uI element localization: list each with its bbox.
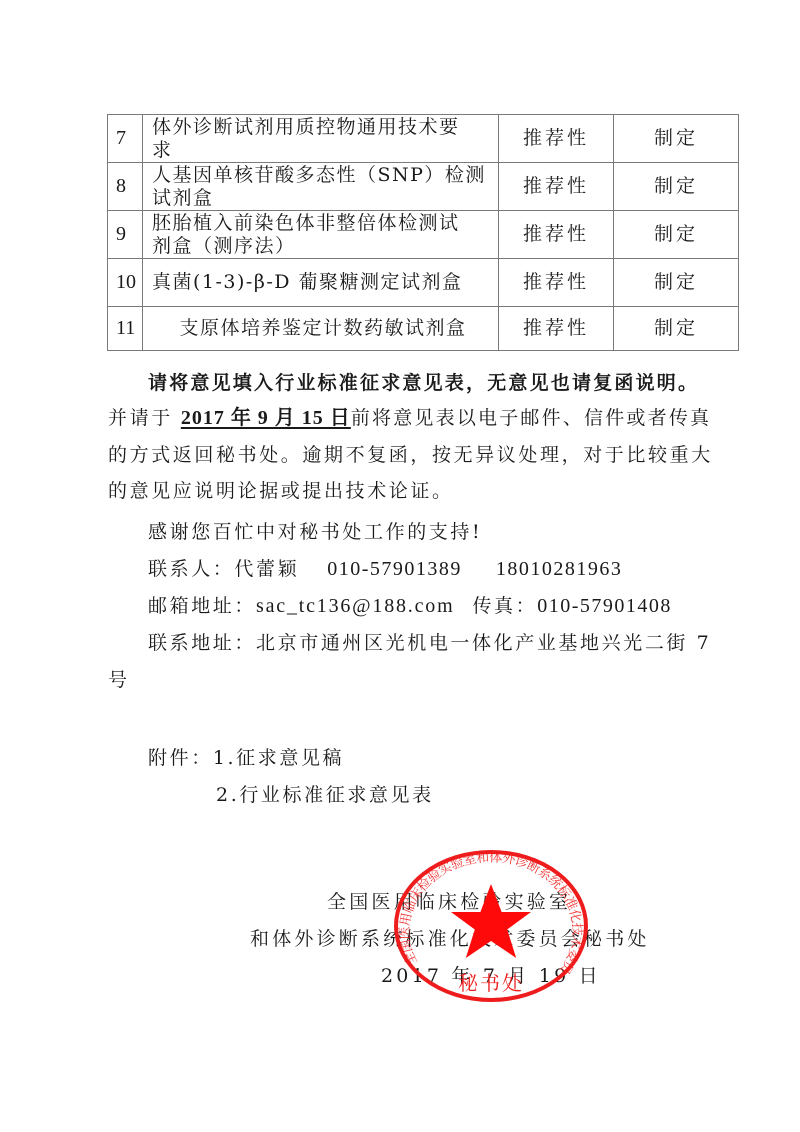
contact-name: 代蕾颖 — [234, 558, 299, 580]
standard-name: 真菌(1-3)-β-D 葡聚糖测定试剂盒 — [143, 259, 499, 307]
table-row: 7 体外诊断试剂用质控物通用技术要 求 推荐性 制定 — [108, 115, 739, 163]
row-number: 9 — [108, 211, 143, 259]
row-number: 7 — [108, 115, 143, 163]
request-instruction: 请将意见填入行业标准征求意见表，无意见也请复函说明。 — [148, 371, 699, 395]
email-label: 邮箱地址： — [148, 595, 256, 617]
standard-name: 体外诊断试剂用质控物通用技术要 求 — [143, 115, 499, 163]
deadline-suffix: 前将意见表以电子邮件、信件或者传真 — [351, 407, 711, 429]
standard-name-line: 试剂盒 — [152, 187, 494, 210]
standard-name-line: 剂盒（测序法） — [152, 235, 494, 258]
address-text: 北京市通州区光机电一体化产业基地兴光二街 7 — [256, 632, 711, 654]
thanks-line: 感谢您百忙中对秘书处工作的支持! — [148, 520, 482, 544]
standard-type: 推荐性 — [499, 259, 614, 307]
attachment-line: 附件：1.征求意见稿 — [148, 746, 344, 770]
address-line: 联系地址：北京市通州区光机电一体化产业基地兴光二街 7 — [148, 631, 711, 655]
standard-type: 推荐性 — [499, 163, 614, 211]
row-number: 10 — [108, 259, 143, 307]
contact-label: 联系人： — [148, 558, 234, 580]
document-page: 7 体外诊断试剂用质控物通用技术要 求 推荐性 制定 8 人基因单核苷酸多态性（… — [0, 0, 800, 1132]
standard-type: 推荐性 — [499, 115, 614, 163]
standard-name: 胚胎植入前染色体非整倍体检测试 剂盒（测序法） — [143, 211, 499, 259]
standard-name: 支原体培养鉴定计数药敏试剂盒 — [143, 307, 499, 351]
signature-date: 2017 年 7 月 19 日 — [381, 961, 601, 988]
standard-name: 人基因单核苷酸多态性（SNP）检测 试剂盒 — [143, 163, 499, 211]
signature-org-line2: 和体外诊断系统标准化技术委员会秘书处 — [250, 924, 650, 951]
attachment-item: 2.行业标准征求意见表 — [216, 783, 434, 807]
address-line-continued: 号 — [108, 668, 130, 692]
standard-action: 制定 — [614, 115, 739, 163]
standard-name-line: 人基因单核苷酸多态性（SNP）检测 — [152, 164, 494, 187]
fax-label: 传真： — [472, 595, 537, 617]
contact-phone: 010-57901389 — [327, 558, 462, 580]
standard-name-line: 胚胎植入前染色体非整倍体检测试 — [152, 212, 494, 235]
body-line: 的方式返回秘书处。逾期不复函，按无异议处理，对于比较重大 — [108, 443, 713, 467]
email-line: 邮箱地址：sac_tc136@188.com传真：010-57901408 — [148, 594, 672, 618]
deadline-line: 并请于2017 年 9 月 15 日前将意见表以电子邮件、信件或者传真 — [108, 406, 711, 430]
row-number: 11 — [108, 307, 143, 351]
table-row: 9 胚胎植入前染色体非整倍体检测试 剂盒（测序法） 推荐性 制定 — [108, 211, 739, 259]
deadline-date: 2017 年 9 月 15 日 — [181, 407, 351, 429]
table-row: 10 真菌(1-3)-β-D 葡聚糖测定试剂盒 推荐性 制定 — [108, 259, 739, 307]
standard-type: 推荐性 — [499, 211, 614, 259]
deadline-prefix: 并请于 — [108, 407, 173, 429]
row-number: 8 — [108, 163, 143, 211]
body-line: 的意见应说明论据或提出技术论证。 — [108, 479, 454, 503]
contact-line: 联系人：代蕾颖010-5790138918010281963 — [148, 557, 622, 581]
attachments-label: 附件： — [148, 747, 213, 769]
contact-mobile: 18010281963 — [496, 558, 623, 580]
standard-action: 制定 — [614, 163, 739, 211]
signature-org-line1: 全国医用临床检验实验室 — [327, 887, 571, 914]
table-row: 8 人基因单核苷酸多态性（SNP）检测 试剂盒 推荐性 制定 — [108, 163, 739, 211]
standard-name-line: 求 — [152, 139, 494, 162]
standard-type: 推荐性 — [499, 307, 614, 351]
address-label: 联系地址： — [148, 632, 256, 654]
standards-table: 7 体外诊断试剂用质控物通用技术要 求 推荐性 制定 8 人基因单核苷酸多态性（… — [107, 114, 739, 351]
email-address: sac_tc136@188.com — [256, 595, 454, 617]
table-row: 11 支原体培养鉴定计数药敏试剂盒 推荐性 制定 — [108, 307, 739, 351]
attachment-item: 1.征求意见稿 — [213, 747, 344, 769]
standard-action: 制定 — [614, 259, 739, 307]
standard-name-line: 体外诊断试剂用质控物通用技术要 — [152, 116, 494, 139]
fax-number: 010-57901408 — [537, 595, 672, 617]
standard-action: 制定 — [614, 211, 739, 259]
standard-action: 制定 — [614, 307, 739, 351]
